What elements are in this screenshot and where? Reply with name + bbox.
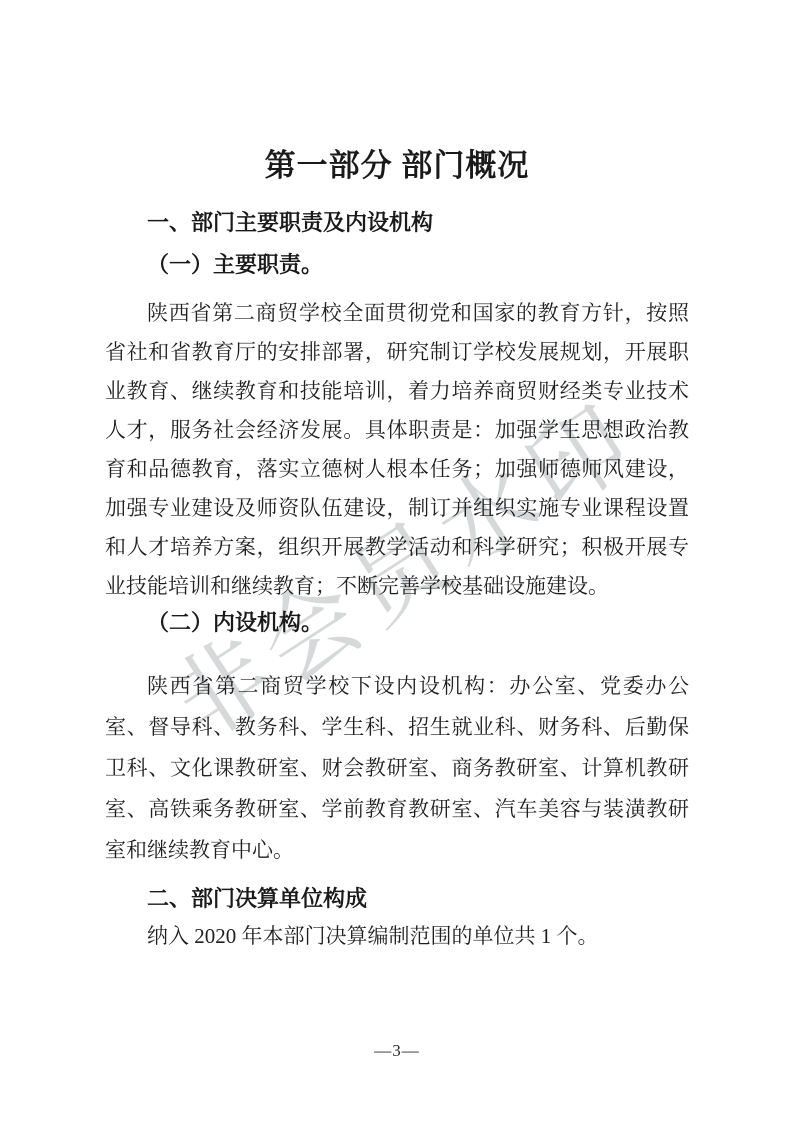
section-2-paragraph-1: 纳入 2020 年本部门决算编制范围的单位共 1 个。: [105, 917, 689, 956]
section-2-heading: 二、部门决算单位构成: [105, 879, 689, 919]
section-1-subheading-1: （一）主要职责。: [105, 245, 689, 285]
document-title: 第一部分 部门概况: [0, 147, 794, 185]
document-page: 非会员水印 第一部分 部门概况 一、部门主要职责及内设机构 （一）主要职责。 陕…: [0, 0, 794, 1123]
page-content: 第一部分 部门概况 一、部门主要职责及内设机构 （一）主要职责。 陕西省第二商贸…: [0, 0, 794, 1123]
section-1-heading: 一、部门主要职责及内设机构: [105, 203, 689, 243]
section-1-paragraph-1: 陕西省第二商贸学校全面贯彻党和国家的教育方针，按照省社和省教育厅的安排部署，研究…: [105, 294, 689, 606]
section-1-paragraph-2: 陕西省第二商贸学校下设内设机构：办公室、党委办公室、督导科、教务科、学生科、招生…: [105, 666, 689, 871]
section-1-subheading-2: （二）内设机构。: [105, 603, 689, 643]
